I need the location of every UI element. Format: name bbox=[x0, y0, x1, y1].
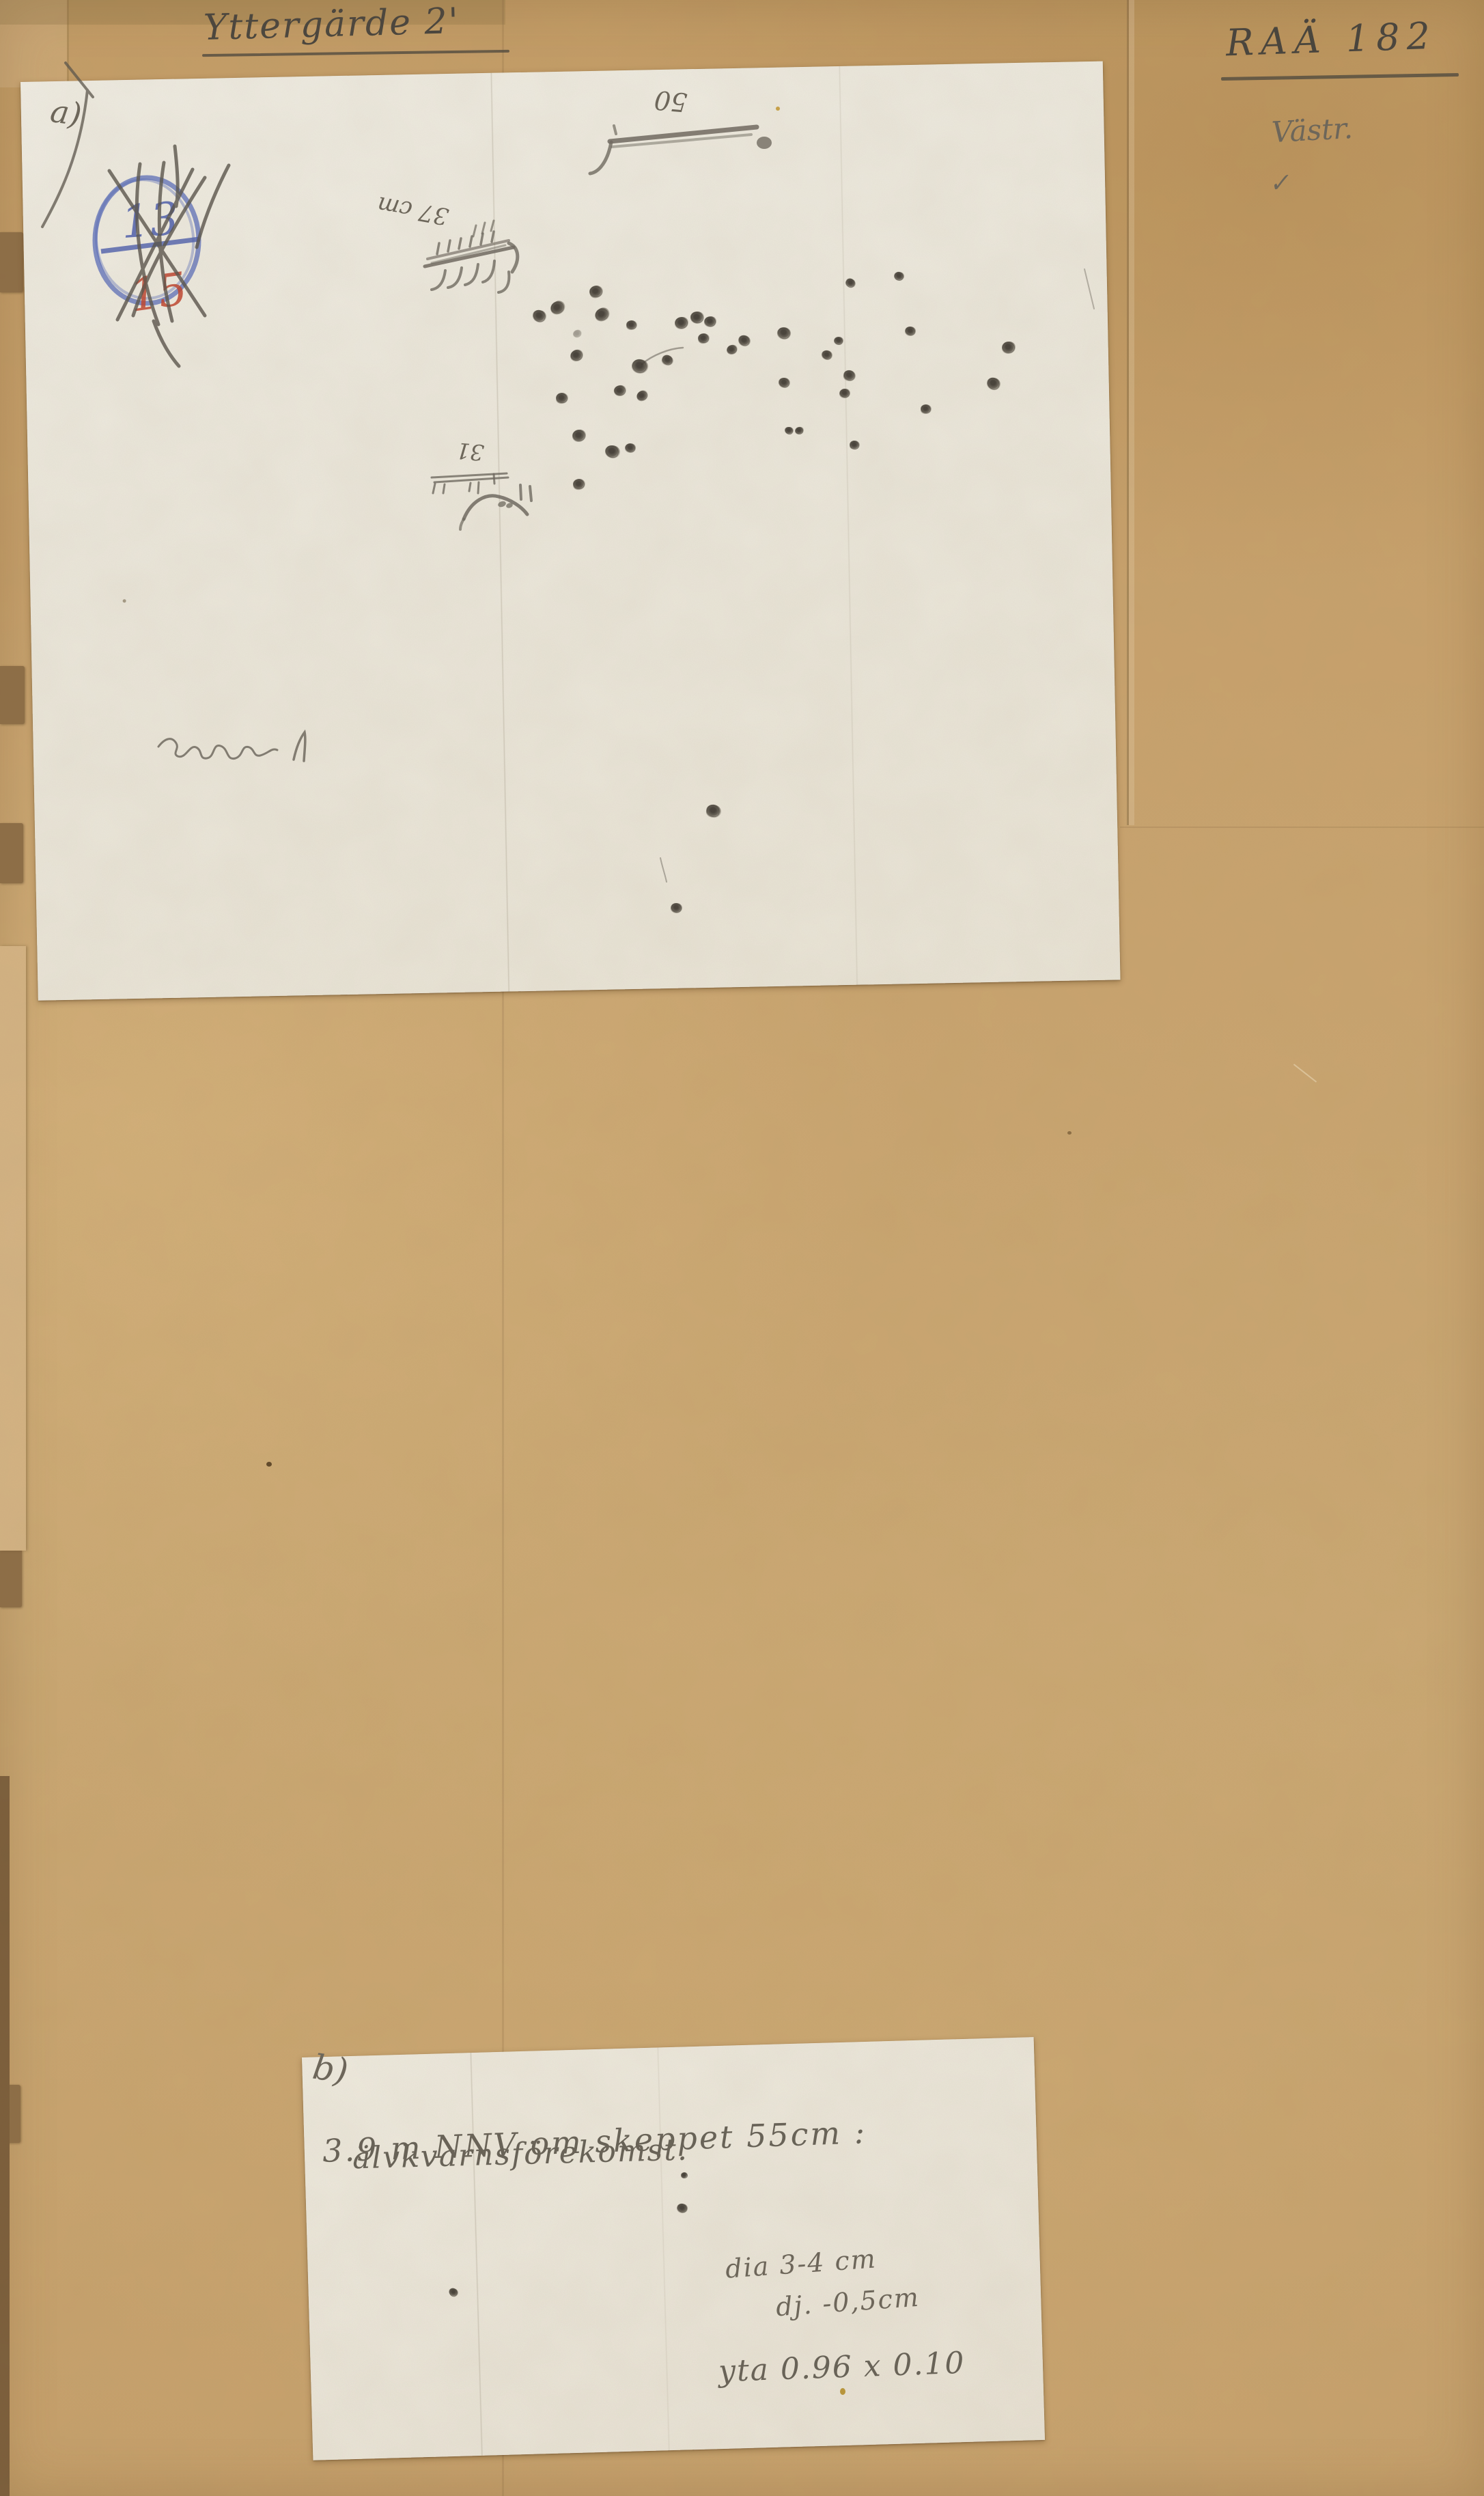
cup-mark bbox=[447, 2287, 460, 2299]
cup-mark bbox=[680, 2172, 688, 2179]
yellow-stain bbox=[776, 107, 780, 111]
archive-sheet: Yttergärde 2' RAÄ 182 Västr. ✓ a) 50 37 … bbox=[0, 0, 1484, 2496]
cup-mark bbox=[675, 2202, 689, 2215]
paper-b-cup-marks bbox=[0, 0, 1484, 2496]
yellow-stain bbox=[840, 2388, 845, 2395]
